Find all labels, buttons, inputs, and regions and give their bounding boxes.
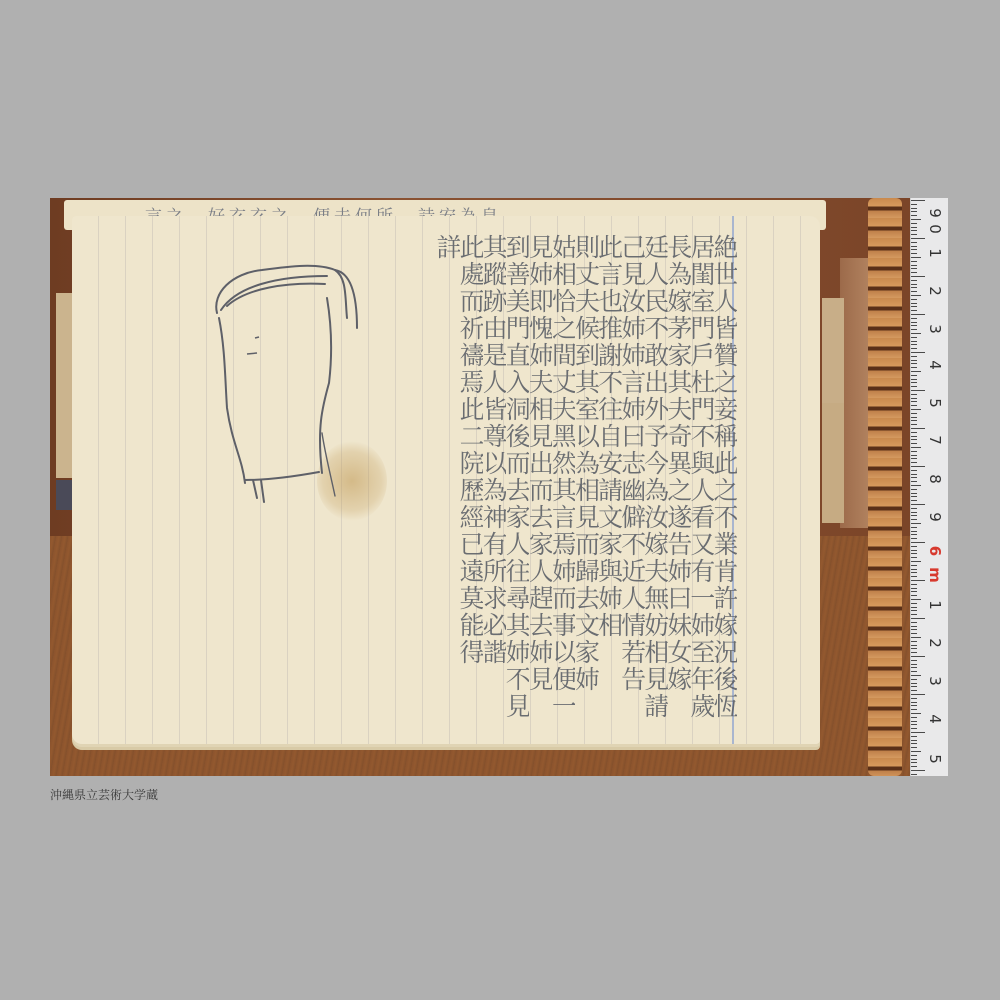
text-column: 廷人民不敢出外予今為汝嫁夫無妨相見請 xyxy=(645,234,668,749)
ruler-number: 8 xyxy=(926,469,944,489)
text-column: 居閨室門戶杜門不與人看又有一姉至年歲 xyxy=(691,234,714,749)
ruler-number: 1 xyxy=(926,243,944,263)
ruler-number: 4 xyxy=(926,709,944,729)
ruler-number: 2 xyxy=(926,633,944,653)
ruler-number: 4 xyxy=(926,355,944,375)
archival-photograph: …言之…好玄玄之…便去何所…詩安為皇… 絶世人皆贊之妾稱此之不業肯 xyxy=(50,198,948,776)
text-column: 詳 xyxy=(437,234,460,294)
text-column: 則丈夫候到其室以為相見而歸去文家姉 xyxy=(575,234,598,749)
page-edge-tab xyxy=(822,403,844,523)
ruler-unit-label: m xyxy=(926,565,944,585)
text-column: 此處而祈禱焉此二院歷經已遠莫能得 xyxy=(460,234,483,749)
ruler-number: 5 xyxy=(926,749,944,769)
text-column: 此言也推謝不往自安請文家與姉相 xyxy=(599,234,622,749)
ruler-number: 3 xyxy=(926,319,944,339)
text-column: 其蹤跡由是人皆尊以為神有所求必諧 xyxy=(483,234,506,749)
text-column: 姑相恰之間丈夫黑然其言焉姉而事以便一 xyxy=(552,234,575,749)
notebook-page: 絶世人皆贊之妾稱此之不業肯許嫁況後恆 居閨室門戶杜門不與人看又有一姉至年歲 長為… xyxy=(72,216,820,744)
measuring-ruler: 9 0 1 2 3 4 5 7 8 9 6 m 1 2 3 4 5 xyxy=(910,198,948,776)
text-column: 見姉即愧姉夫相見出而去家人趕去姉見 xyxy=(529,234,552,749)
text-column: 到善美門直入洞後而去家人往尋其姉不見 xyxy=(506,234,529,749)
ruler-number: 1 xyxy=(926,595,944,615)
ruler-number: 5 xyxy=(926,393,944,413)
ruler-major-marker: 6 xyxy=(926,541,944,561)
head-sketch-icon xyxy=(207,258,367,508)
page-edge-tab xyxy=(822,298,844,413)
ruler-number: 7 xyxy=(926,430,944,450)
case-shadow xyxy=(56,480,72,510)
handwritten-text-block: 絶世人皆贊之妾稱此之不業肯許嫁況後恆 居閨室門戶杜門不與人看又有一姉至年歲 長為… xyxy=(437,234,737,749)
collection-caption: 沖縄県立芸術大学蔵 xyxy=(50,786,158,803)
text-column: 己見汝姉姉言姉曰志幽僻不近人情若告 xyxy=(622,234,645,749)
ruler-number: 9 xyxy=(926,507,944,527)
ruler-number: 2 xyxy=(926,281,944,301)
ruler-number: 3 xyxy=(926,671,944,691)
leather-spine xyxy=(840,258,868,528)
ruler-number: 0 xyxy=(926,219,944,239)
leather-lacing xyxy=(868,198,902,776)
text-column: 長為嫁茅家其夫奇異之遂告姉曰妹女嫁 xyxy=(668,234,691,749)
text-column: 絶世人皆贊之妾稱此之不業肯許嫁況後恆 xyxy=(714,234,737,749)
